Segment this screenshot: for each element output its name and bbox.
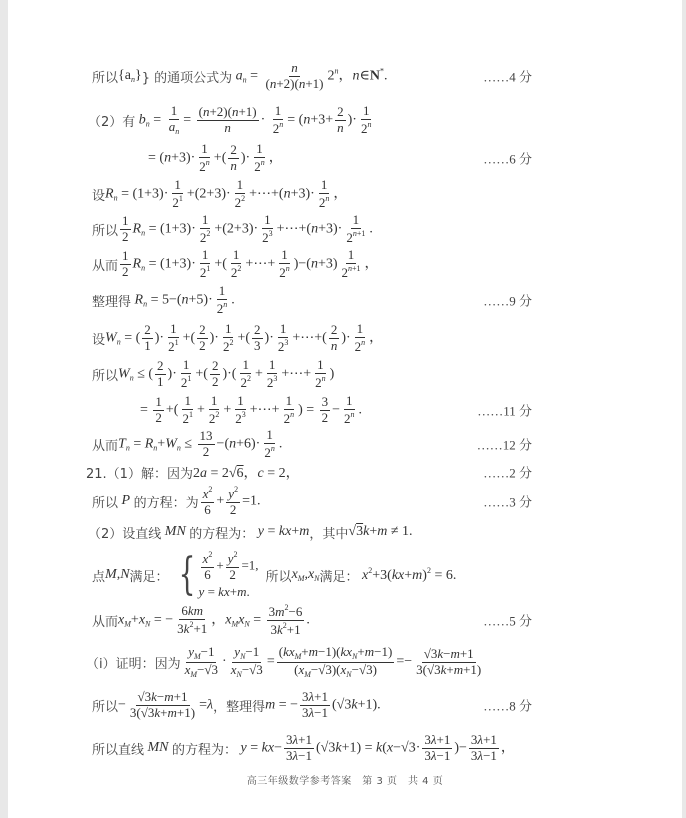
line-prefix: 设: [92, 185, 105, 204]
page-footer: 高三年级数学参考答案 第 3 页 共 4 页: [8, 772, 682, 787]
document-page: 所以 {an} } 的通项公式为 an = n(n+2)(n+1)2n，n∈N*…: [8, 0, 682, 818]
brace-icon: {: [178, 553, 195, 597]
line-proof-i: （i）证明：因为 yM−1xM−√3·yN−1xN−√3=(kxM+m−1)(k…: [8, 642, 682, 682]
line-prefix: 点: [92, 566, 105, 585]
formula-slope-product: yM−1xM−√3·yN−1xN−√3=(kxM+m−1)(kxN+m−1)(x…: [181, 645, 486, 678]
line-prefix: 所以直线: [92, 739, 144, 758]
formula-wn-ineq: Wn ≤ (21)·121+(22)·(122+123+⋯+12n): [118, 358, 334, 391]
line-prefix: 从而: [92, 255, 118, 274]
line-prefix: 设: [92, 329, 105, 348]
score-marker: ……11 分: [477, 401, 532, 420]
line-prefix: 从而: [92, 611, 118, 630]
formula-rn: Rn = (1+3)·121+(2+3)·122+⋯+(n+3)·12n，: [105, 178, 347, 211]
label-mn-points: M,N: [105, 567, 130, 583]
line-prefix: （i）证明：因为: [86, 653, 181, 672]
line-bn-def: （2）有 bn = 1an= (n+2)(n+1)n· 12n= (n+3+2n…: [8, 100, 682, 140]
line-mn-def: （2）设直线 MN 的方程为： y = kx+m ，其中 √3k+m ≠ 1.: [8, 512, 682, 552]
line-text: 的方程为：: [172, 739, 237, 758]
formula-quadratic: x2+3(kx+m)2 = 6.: [359, 566, 457, 584]
equation-system: { x26+y22=1, y = kx+m.: [173, 550, 259, 601]
line-lambda: 所以 −√3k−m+13(√3k+m+1)=λ ，整理得 m = −3λ+13λ…: [8, 685, 682, 725]
question-number: 21.（1）解：因为: [86, 463, 193, 482]
formula-lambda: −√3k−m+13(√3k+m+1)=λ: [118, 690, 213, 721]
line-rn-def: 设 Rn = (1+3)·121+(2+3)·122+⋯+(n+3)·12n，: [8, 174, 682, 214]
line-prefix: （2）设直线: [88, 523, 161, 542]
formula-bn: bn = 1an= (n+2)(n+1)n· 12n= (n+3+2n)·12n: [135, 104, 375, 137]
score-marker: ……3 分: [483, 492, 532, 511]
line-wn-def: 设 Wn = (21)·121+(22)·122+(23)·123+⋯+(2n)…: [8, 318, 682, 358]
line-prefix: 所以: [92, 696, 118, 715]
line-text: ，其中: [309, 523, 348, 542]
line-text: ，整理得: [213, 696, 265, 715]
line-text: 满足：: [130, 566, 169, 585]
formula-half-rn: 12Rn = (1+3)·122+(2+3)·123+⋯+(n+3)·12n+1…: [118, 213, 373, 246]
line-text: 满足：: [320, 566, 359, 585]
line-prefix: 所以: [92, 365, 118, 384]
score-marker: ……2 分: [483, 463, 532, 482]
formula-wn-result: = 12+(121+122+123+⋯+12n) = 32−12n.: [140, 394, 362, 427]
line-prefix: 所以: [92, 492, 118, 511]
line-prefix: （2）有: [88, 111, 135, 130]
line-bn-split: = (n+3)·12n+(2n)·12n， ……6 分: [8, 138, 682, 178]
formula-mn-final: y = kx−3λ+13λ−1(√3k+1) = k(x−√3·3λ+13λ−1…: [237, 733, 515, 764]
score-marker: ……12 分: [477, 435, 532, 454]
formula-bn-split: = (n+3)·12n+(2n)·12n，: [148, 142, 283, 175]
formula-m: m = −3λ+13λ−1(√3k+1).: [265, 690, 381, 721]
line-half-rn: 所以 12Rn = (1+3)·122+(2+3)·123+⋯+(n+3)·12…: [8, 209, 682, 249]
line-mn-final: 所以直线 MN 的方程为： y = kx−3λ+13λ−1(√3k+1) = k…: [8, 728, 682, 768]
line-prefix: 整理得: [92, 291, 131, 310]
line-prefix: 从而: [92, 435, 118, 454]
formula-rn-result: Rn = 5−(n+5)·12n.: [131, 284, 235, 317]
formula-vieta: xM+xN = −6km3k2+1，xMxN = 3m2−63k2+1.: [118, 603, 310, 638]
line-rn-result: 整理得 Rn = 5−(n+5)·12n. ……9 分: [8, 280, 682, 320]
line-text: } 的通项公式为: [142, 67, 232, 86]
line-wn-ineq: 所以 Wn ≤ (21)·121+(22)·(122+123+⋯+12n): [8, 354, 682, 394]
line-text: 的方程：为: [134, 492, 199, 511]
score-marker: ……4 分: [483, 67, 532, 86]
label-mn: MN: [144, 740, 172, 756]
score-marker: ……8 分: [483, 696, 532, 715]
formula-diff-rn: 12Rn = (1+3)·121+(122+⋯+12n)−(n+3)12n+1，: [118, 248, 379, 281]
formula-line: y = kx+m: [254, 524, 309, 540]
formula-wn: Wn = (21)·121+(22)·122+(23)·123+⋯+(2n)·1…: [105, 322, 383, 355]
label-p: P: [118, 493, 134, 509]
line-prefix: 所以: [92, 67, 118, 86]
line-text: 的方程为：: [189, 523, 254, 542]
sequence-set: {an}: [118, 68, 142, 84]
line-text: 所以: [266, 566, 292, 585]
label-mn: MN: [161, 524, 189, 540]
line-mn-system: 点 M,N 满足： { x26+y22=1, y = kx+m. 所以 xM,x…: [8, 550, 682, 600]
line-prefix: 所以: [92, 220, 118, 239]
formula-a-c: 2a = 2√6，c = 2，: [193, 462, 300, 482]
formula-condition: √3k+m ≠ 1.: [348, 524, 412, 540]
line-vieta: 从而 xM+xN = −6km3k2+1，xMxN = 3m2−63k2+1. …: [8, 600, 682, 640]
score-marker: ……9 分: [483, 291, 532, 310]
line-diff-rn: 从而 12Rn = (1+3)·121+(122+⋯+12n)−(n+3)12n…: [8, 244, 682, 284]
line-an-formula: 所以 {an} } 的通项公式为 an = n(n+2)(n+1)2n，n∈N*…: [8, 56, 682, 96]
formula-an: an = n(n+2)(n+1)2n，n∈N*.: [232, 61, 387, 92]
score-marker: ……6 分: [483, 149, 532, 168]
fraction: n(n+2)(n+1): [264, 61, 326, 92]
score-marker: ……5 分: [483, 611, 532, 630]
